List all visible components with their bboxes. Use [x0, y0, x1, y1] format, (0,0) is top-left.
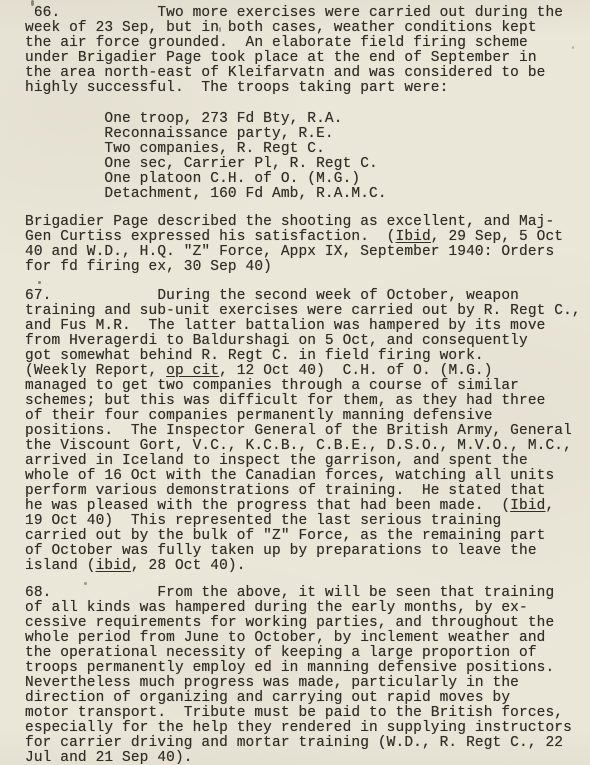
text-line: 66. Two more exercises were carried out … [25, 6, 590, 21]
text-line: week of 23 Sep, but in both cases, weath… [25, 21, 590, 36]
text-line: the area north-east of Kleifarvatn and w… [25, 66, 590, 81]
text-line: for fd firing ex, 30 Sep 40) [25, 260, 590, 275]
text-line: Jul and 21 Sep 40). [25, 751, 590, 765]
citation-paragraph: Brigadier Page described the shooting as… [25, 215, 590, 275]
text-line: One troop, 273 Fd Bty, R.A. [25, 112, 590, 127]
text-line: direction of organizing and carrying out… [25, 691, 590, 706]
text-line: Nevertheless much progress was made, par… [25, 676, 590, 691]
text-line: Gen Curtiss expressed his satisfaction. … [25, 230, 590, 245]
text-line: managed to get two companies through a c… [25, 379, 590, 394]
document-page: 66. Two more exercises were carried out … [0, 0, 590, 765]
ink-speck [219, 27, 221, 32]
text-line: arrived in Iceland to inspect the garris… [25, 454, 590, 469]
ink-speck [84, 582, 87, 585]
ink-speck [572, 46, 574, 49]
text-line: of all kinds was hampered during the ear… [25, 601, 590, 616]
text-line: especially for the help they rendered in… [25, 721, 590, 736]
text-line: the air force grounded. An elaborate fie… [25, 36, 590, 51]
ink-speck [31, 0, 34, 6]
text-line: troops permanently employ ed in manning … [25, 661, 590, 676]
text-line: carried out by the bulk of "Z" Force, as… [25, 529, 590, 544]
text-line: from Hveragerdi to Baldurshagi on 5 Oct,… [25, 334, 590, 349]
ink-speck [38, 281, 41, 284]
text-line: whole of 16 Oct with the Canadian forces… [25, 469, 590, 484]
paragraph-67: 67. During the second week of October, w… [25, 289, 590, 574]
text-line: 68. From the above, it will be seen that… [25, 586, 590, 601]
text-line: of October was fully taken up by prepara… [25, 544, 590, 559]
text-line: Brigadier Page described the shooting as… [25, 215, 590, 230]
text-line: perform various demonstrations of traini… [25, 484, 590, 499]
text-line: and Fus M.R. The latter battalion was ha… [25, 319, 590, 334]
text-line: of their four companies permanently mann… [25, 409, 590, 424]
text-line: he was pleased with the progress that ha… [25, 499, 590, 514]
text-line: motor transport. Tribute must be paid to… [25, 706, 590, 721]
text-line: training and sub-unit exercises were car… [25, 304, 590, 319]
text-line: cessive requirements for working parties… [25, 616, 590, 631]
text-line: under Brigadier Page took place at the e… [25, 51, 590, 66]
text-line: highly successful. The troops taking par… [25, 81, 590, 96]
text-line: whole period from June to October, by in… [25, 631, 590, 646]
paragraph-68: 68. From the above, it will be seen that… [25, 586, 590, 765]
text-line: One sec, Carrier Pl, R. Regt C. [25, 157, 590, 172]
text-line: for carrier driving and mortar training … [25, 736, 590, 751]
text-line: schemes; but this was difficult for them… [25, 394, 590, 409]
text-line: Detachment, 160 Fd Amb, R.A.M.C. [25, 187, 590, 202]
text-line: got somewhat behind R. Regt C. in field … [25, 349, 590, 364]
text-line: island (ibid, 28 Oct 40). [25, 559, 590, 574]
text-line: the Viscount Gort, V.C., K.C.B., C.B.E.,… [25, 439, 590, 454]
text-line: 67. During the second week of October, w… [25, 289, 590, 304]
text-line: (Weekly Report, op cit, 12 Oct 40) C.H. … [25, 364, 590, 379]
text-line: 19 Oct 40) This represented the last ser… [25, 514, 590, 529]
text-line: the operational necessity of keeping a l… [25, 646, 590, 661]
troop-list: One troop, 273 Fd Bty, R.A. Reconnaissan… [25, 112, 590, 202]
text-line: positions. The Inspector General of the … [25, 424, 590, 439]
text-line: One platoon C.H. of O. (M.G.) [25, 172, 590, 187]
text-line: Two companies, R. Regt C. [25, 142, 590, 157]
paragraph-66: 66. Two more exercises were carried out … [25, 6, 590, 96]
text-line: 40 and W.D., H.Q. "Z" Force, Appx IX, Se… [25, 245, 590, 260]
text-line: Reconnaissance party, R.E. [25, 127, 590, 142]
